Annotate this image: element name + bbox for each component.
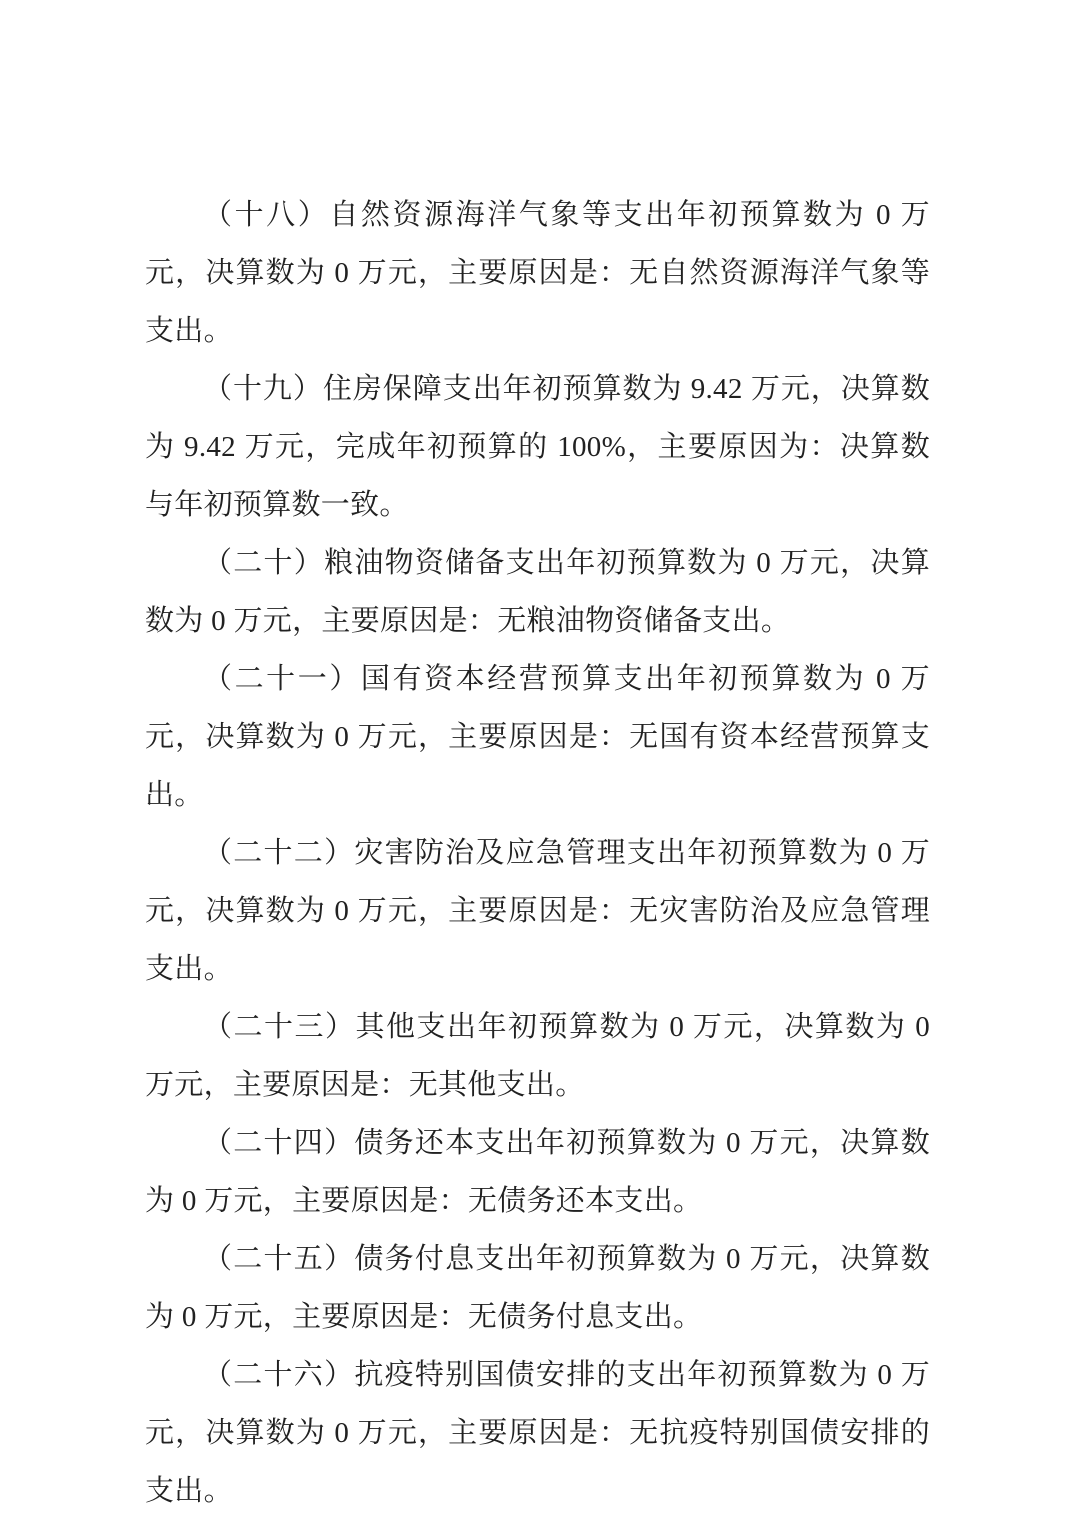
paragraph-24: （二十四）债务还本支出年初预算数为 0 万元，决算数为 0 万元，主要原因是：无… — [145, 1114, 930, 1230]
paragraph-20: （二十）粮油物资储备支出年初预算数为 0 万元，决算数为 0 万元，主要原因是：… — [145, 534, 930, 650]
paragraph-23: （二十三）其他支出年初预算数为 0 万元，决算数为 0 万元，主要原因是：无其他… — [145, 998, 930, 1114]
paragraph-22: （二十二）灾害防治及应急管理支出年初预算数为 0 万元，决算数为 0 万元，主要… — [145, 824, 930, 998]
paragraph-26: （二十六）抗疫特别国债安排的支出年初预算数为 0 万元，决算数为 0 万元，主要… — [145, 1346, 930, 1520]
paragraph-21: （二十一）国有资本经营预算支出年初预算数为 0 万元，决算数为 0 万元，主要原… — [145, 650, 930, 824]
paragraph-25: （二十五）债务付息支出年初预算数为 0 万元，决算数为 0 万元，主要原因是：无… — [145, 1230, 930, 1346]
paragraph-19: （十九）住房保障支出年初预算数为 9.42 万元，决算数为 9.42 万元，完成… — [145, 360, 930, 534]
paragraph-18: （十八）自然资源海洋气象等支出年初预算数为 0 万元，决算数为 0 万元，主要原… — [145, 186, 930, 360]
document-page: （十八）自然资源海洋气象等支出年初预算数为 0 万元，决算数为 0 万元，主要原… — [0, 0, 1074, 1520]
document-body: （十八）自然资源海洋气象等支出年初预算数为 0 万元，决算数为 0 万元，主要原… — [145, 186, 930, 1520]
